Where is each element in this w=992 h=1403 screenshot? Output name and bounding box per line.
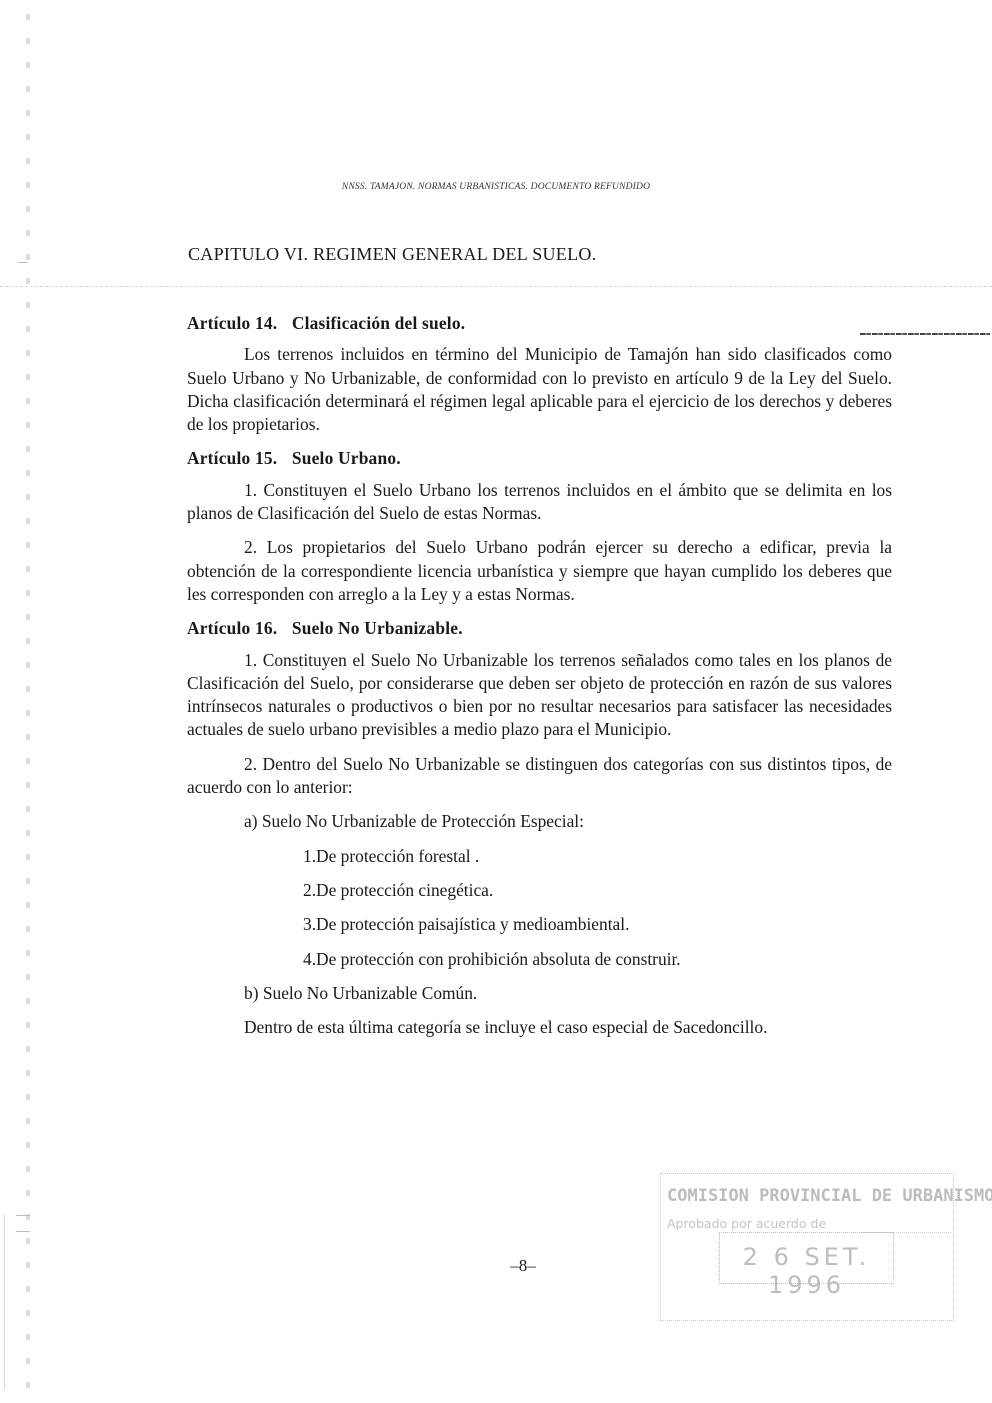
- article-15-paragraph-2: 2. Los propietarios del Suelo Urbano pod…: [187, 536, 892, 606]
- approval-stamp: COMISION PROVINCIAL DE URBANISMO Aprobad…: [660, 1173, 954, 1321]
- category-note: Dentro de esta última categoría se inclu…: [244, 1016, 892, 1039]
- article-title: Suelo No Urbanizable.: [292, 618, 463, 638]
- category-b: b) Suelo No Urbanizable Común.: [244, 982, 892, 1005]
- article-16-paragraph-1: 1. Constituyen el Suelo No Urbanizable l…: [187, 649, 892, 742]
- category-a-item: 1.De protección forestal .: [303, 845, 892, 868]
- scan-fold-line: [0, 286, 992, 287]
- scan-tick-mark: [16, 1215, 30, 1216]
- category-a-item: 4.De protección con prohibición absoluta…: [303, 948, 892, 971]
- article-title: Clasificación del suelo.: [292, 313, 465, 333]
- category-a: a) Suelo No Urbanizable de Protección Es…: [244, 810, 892, 833]
- article-14-heading: Artículo 14. Clasificación del suelo.: [187, 312, 892, 335]
- document-body: Artículo 14. Clasificación del suelo. Lo…: [187, 312, 892, 1039]
- article-number: Artículo 14.: [187, 313, 277, 333]
- stamp-title: COMISION PROVINCIAL DE URBANISMO: [667, 1186, 992, 1206]
- chapter-title: CAPITULO VI. REGIMEN GENERAL DEL SUELO.: [188, 244, 597, 265]
- scan-edge-line: [4, 1215, 5, 1390]
- article-number: Artículo 15.: [187, 448, 277, 468]
- article-15-paragraph-1: 1. Constituyen el Suelo Urbano los terre…: [187, 479, 892, 526]
- category-a-item: 3.De protección paisajística y medioambi…: [303, 913, 892, 936]
- article-15-heading: Artículo 15. Suelo Urbano.: [187, 447, 892, 470]
- article-number: Artículo 16.: [187, 618, 277, 638]
- article-title: Suelo Urbano.: [292, 448, 401, 468]
- stamp-date: 2 6 SET. 1996: [720, 1243, 893, 1299]
- running-header: NNSS. TAMAJON. NORMAS URBANISTICAS. DOCU…: [0, 182, 992, 192]
- article-16-heading: Artículo 16. Suelo No Urbanizable.: [187, 617, 892, 640]
- scan-tick-mark: [18, 262, 28, 263]
- article-14-paragraph: Los terrenos incluidos en término del Mu…: [187, 343, 892, 436]
- stamp-subtitle: Aprobado por acuerdo de: [667, 1216, 826, 1231]
- category-a-item: 2.De protección cinegética.: [303, 879, 892, 902]
- scan-punch-marks: [26, 0, 30, 1403]
- scan-tick-mark: [16, 1231, 30, 1232]
- stamp-date-box: 2 6 SET. 1996: [719, 1232, 894, 1284]
- article-16-paragraph-2: 2. Dentro del Suelo No Urbanizable se di…: [187, 753, 892, 800]
